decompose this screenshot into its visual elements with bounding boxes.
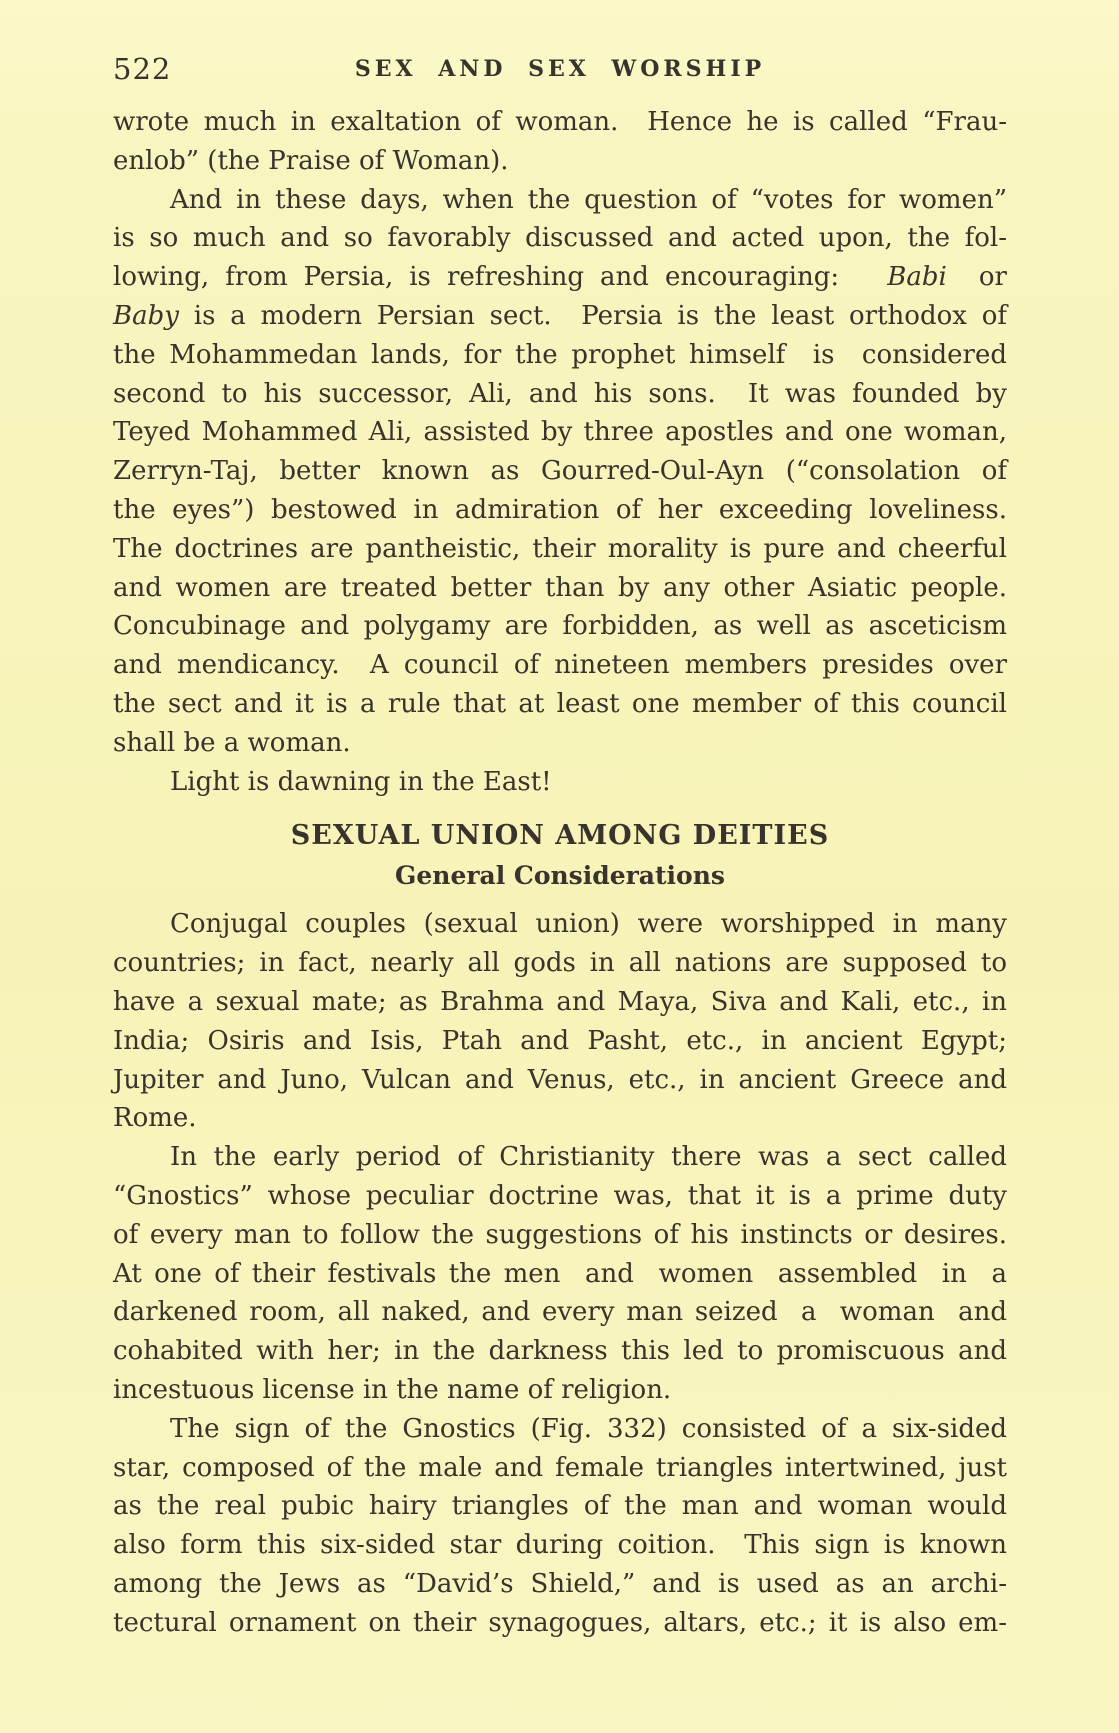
text-line: “Gnostics” whose peculiar doctrine was, … <box>113 1177 1007 1216</box>
page-header: 522 SEX AND SEX WORSHIP <box>113 52 1007 86</box>
text-line: lowing, from Persia, is refreshing and e… <box>113 258 1007 297</box>
text-line: incestuous license in the name of religi… <box>113 1371 1007 1410</box>
text-line: star, composed of the male and female tr… <box>113 1449 1007 1488</box>
text-line: At one of their festivals the men and wo… <box>113 1255 1007 1294</box>
text-line: is so much and so favorably discussed an… <box>113 219 1007 258</box>
text-line: Rome. <box>113 1099 1007 1138</box>
text-line: Zerryn-Taj, better known as Gourred-Oul-… <box>113 452 1007 491</box>
text-line: the Mohammedan lands, for the prophet hi… <box>113 336 1007 375</box>
text-line: second to his successor, Ali, and his so… <box>113 375 1007 414</box>
text-line: In the early period of Christianity ther… <box>113 1138 1007 1177</box>
text-line: among the Jews as “David’s Shield,” and … <box>113 1565 1007 1604</box>
text-line: the eyes”) bestowed in admiration of her… <box>113 491 1007 530</box>
text-line: The sign of the Gnostics (Fig. 332) cons… <box>113 1410 1007 1449</box>
text-line: also form this six-sided star during coi… <box>113 1526 1007 1565</box>
text-line: countries; in fact, nearly all gods in a… <box>113 944 1007 983</box>
text-line: wrote much in exaltation of woman. Hence… <box>113 103 1007 142</box>
text-line: darkened room, all naked, and every man … <box>113 1293 1007 1332</box>
section-heading: SEXUAL UNION AMONG DEITIES <box>113 817 1007 855</box>
text-line: Baby is a modern Persian sect. Persia is… <box>113 297 1007 336</box>
text-line: and women are treated better than by any… <box>113 569 1007 608</box>
book-page: 522 SEX AND SEX WORSHIP wrote much in ex… <box>0 0 1119 1733</box>
text-line: The doctrines are pantheistic, their mor… <box>113 530 1007 569</box>
text-line: tectural ornament on their synagogues, a… <box>113 1604 1007 1643</box>
running-head: SEX AND SEX WORSHIP <box>113 56 1007 82</box>
text-line: and mendicancy. A council of nineteen me… <box>113 646 1007 685</box>
text-line: cohabited with her; in the darkness this… <box>113 1332 1007 1371</box>
text-line: Concubinage and polygamy are forbidden, … <box>113 607 1007 646</box>
text-line: Light is dawning in the East! <box>113 763 1007 802</box>
text-line: Conjugal couples (sexual union) were wor… <box>113 905 1007 944</box>
text-line: have a sexual mate; as Brahma and Maya, … <box>113 983 1007 1022</box>
text-line: Jupiter and Juno, Vulcan and Venus, etc.… <box>113 1061 1007 1100</box>
text-line: the sect and it is a rule that at least … <box>113 685 1007 724</box>
section-subheading: General Considerations <box>113 857 1007 895</box>
text-line: of every man to follow the suggestions o… <box>113 1216 1007 1255</box>
text-line: And in these days, when the question of … <box>113 181 1007 220</box>
text-line: enlob” (the Praise of Woman). <box>113 142 1007 181</box>
text-line: India; Osiris and Isis, Ptah and Pasht, … <box>113 1022 1007 1061</box>
text-line: as the real pubic hairy triangles of the… <box>113 1487 1007 1526</box>
text-line: Teyed Mohammed Ali, assisted by three ap… <box>113 413 1007 452</box>
text-column: wrote much in exaltation of woman. Hence… <box>113 103 1007 1642</box>
text-line: shall be a woman. <box>113 724 1007 763</box>
